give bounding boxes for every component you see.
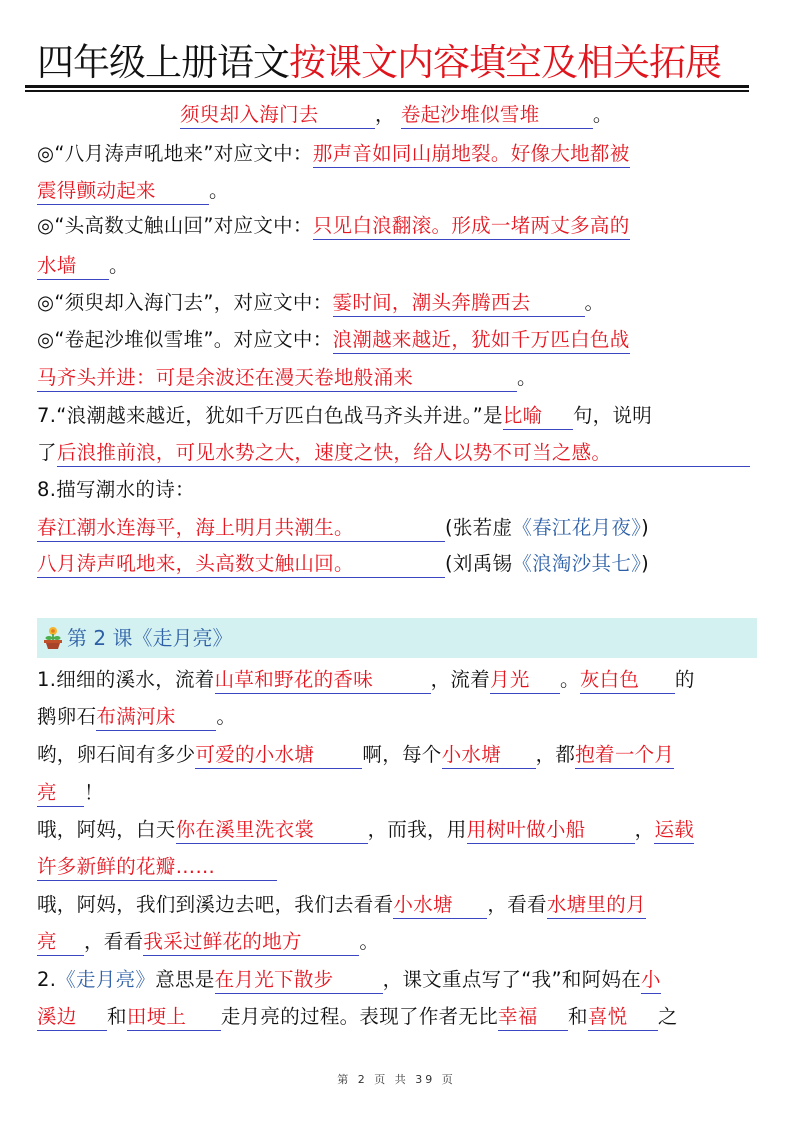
punct: 。: [109, 254, 129, 277]
answer-blank: 水塘里的月: [547, 892, 646, 919]
answer-blank: 月光: [490, 667, 560, 694]
question-text: 意思是: [155, 968, 214, 991]
poem-line: 八月涛声吼地来，头高数丈触山回。(刘禹锡《浪淘沙其七》): [37, 550, 757, 578]
question-text: 哟，卵石间有多少: [37, 743, 195, 766]
question-2-line-1: 2.《走月亮》意思是在月光下散步，课文重点写了“我”和阿妈在小: [37, 966, 757, 994]
answer-blank: 你在溪里洗衣裳: [176, 817, 368, 844]
answer-blank: 我采过鲜花的地方: [143, 929, 359, 956]
question-text: ，看看: [84, 930, 143, 953]
question-text: 鹅卵石: [37, 705, 96, 728]
punct: ): [641, 516, 649, 539]
punct: 。: [216, 705, 236, 728]
punct: ，: [635, 818, 655, 841]
question-prefix: ◎“卷起沙堆似雪堆”。对应文中：: [37, 328, 333, 351]
answer-blank: 卷起沙堆似雪堆: [401, 102, 593, 129]
question-2-line-2: 溪边和田埂上走月亮的过程。表现了作者无比幸福和喜悦之: [37, 1003, 757, 1031]
book-title: 《走月亮》: [56, 968, 155, 991]
page-number: 第 2 页 共 39 页: [0, 1071, 793, 1087]
question-8: 8.描写潮水的诗：: [37, 476, 757, 504]
question-text: ，看看: [487, 893, 546, 916]
punct: ，: [375, 103, 395, 126]
question-juanqi: ◎“卷起沙堆似雪堆”。对应文中：浪潮越来越近，犹如千万匹白色战: [37, 326, 757, 354]
answer-blank: 浪潮越来越近，犹如千万匹白色战: [333, 327, 630, 354]
question-text: 2.: [37, 968, 56, 991]
answer-blank: 山草和野花的香味: [215, 667, 431, 694]
punct: 。: [585, 291, 605, 314]
answer-blank: 用树叶做小船: [467, 817, 635, 844]
answer-blank: 亮: [37, 929, 84, 956]
answer-blank: 可爱的小水塘: [195, 742, 362, 769]
question-text: ，而我，用: [368, 818, 467, 841]
question-1-line-4: 亮！: [37, 779, 757, 807]
answer-blank: 水墙: [37, 253, 109, 280]
question-1-line-2: 鹅卵石布满河床。: [37, 703, 757, 731]
poem-author: (张若虚: [445, 516, 512, 539]
question-bayue-cont: 震得颤动起来。: [37, 177, 757, 205]
section-title: 第 2 课《走月亮》: [67, 624, 232, 652]
question-prefix: 8.描写潮水的诗：: [37, 478, 195, 501]
question-1-line-7: 哦，阿妈，我们到溪边去吧，我们去看看小水塘，看看水塘里的月: [37, 891, 757, 919]
answer-blank: 只见白浪翻滚。形成一堵两丈多高的: [313, 213, 630, 240]
title-topic: 按课文内容填空及相关拓展: [289, 41, 721, 84]
question-text: 了: [37, 441, 57, 464]
question-text: 哦，阿妈，我们到溪边去吧，我们去看看: [37, 893, 393, 916]
question-text: 之: [658, 1005, 678, 1028]
answer-blank: 后浪推前浪，可见水势之大，速度之快，给人以势不可当之感。: [57, 440, 750, 467]
answer-blank: 八月涛声吼地来，头高数丈触山回。: [37, 551, 445, 578]
punct: 。: [209, 179, 229, 202]
question-7: 7.“浪潮越来越近，犹如千万匹白色战马齐头并进。”是比喻句，说明: [37, 402, 757, 430]
question-text: 和: [568, 1005, 588, 1028]
question-xuyu: ◎“须臾却入海门去”，对应文中：霎时间，潮头奔腾西去。: [37, 289, 757, 317]
answer-blank: 春江潮水连海平，海上明月共潮生。: [37, 515, 445, 542]
question-juanqi-cont: 马齐头并进：可是余波还在漫天卷地般涌来。: [37, 364, 757, 392]
potted-flower-icon: [43, 626, 63, 650]
answer-blank: 抱着一个月: [575, 742, 674, 769]
question-prefix: ◎“头高数丈触山回”对应文中：: [37, 214, 313, 237]
section-header-lesson-2: 第 2 课《走月亮》: [37, 618, 757, 658]
answer-blank: 须臾却入海门去: [180, 102, 375, 129]
answer-blank: 小水塘: [393, 892, 487, 919]
question-bayue: ◎“八月涛声吼地来”对应文中：那声音如同山崩地裂。好像大地都被: [37, 140, 757, 168]
question-text: 走月亮的过程。表现了作者无比: [221, 1005, 498, 1028]
page-title: 四年级上册语文按课文内容填空及相关拓展: [37, 40, 751, 86]
answer-blank: 许多新鲜的花瓣……: [37, 854, 277, 881]
verse-line: 须臾却入海门去，卷起沙堆似雪堆。: [180, 101, 793, 129]
punct: 。: [593, 103, 613, 126]
question-prefix: 7.“浪潮越来越近，犹如千万匹白色战马齐头并进。”是: [37, 404, 503, 427]
question-prefix: ◎“须臾却入海门去”，对应文中：: [37, 291, 333, 314]
answer-blank: 震得颤动起来: [37, 178, 209, 205]
question-1-line-6: 许多新鲜的花瓣……: [37, 853, 757, 881]
answer-blank: 布满河床: [96, 704, 216, 731]
question-1-line-1: 1.细细的溪水，流着山草和野花的香味，流着月光。灰白色的: [37, 666, 757, 694]
answer-blank: 那声音如同山崩地裂。好像大地都被: [313, 141, 630, 168]
question-text: 哦，阿妈，白天: [37, 818, 176, 841]
question-text: ，流着: [431, 668, 490, 691]
punct: ！: [84, 781, 104, 804]
punct: ): [641, 552, 649, 575]
question-1-line-3: 哟，卵石间有多少可爱的小水塘啊，每个小水塘，都抱着一个月: [37, 741, 757, 769]
answer-blank: 灰白色: [580, 667, 675, 694]
answer-blank: 溪边: [37, 1004, 107, 1031]
title-rule-thin: [25, 90, 749, 92]
question-1-line-5: 哦，阿妈，白天你在溪里洗衣裳，而我，用用树叶做小船，运载: [37, 816, 757, 844]
poem-author: (刘禹锡: [445, 552, 512, 575]
question-prefix: ◎“八月涛声吼地来”对应文中：: [37, 142, 313, 165]
answer-blank: 幸福: [498, 1004, 568, 1031]
punct: 。: [517, 366, 537, 389]
question-tougao-cont: 水墙。: [37, 252, 757, 280]
poem-title: 《浪淘沙其七》: [512, 552, 641, 575]
answer-blank: 运载: [654, 817, 694, 844]
punct: 。: [359, 930, 379, 953]
answer-blank: 喜悦: [588, 1004, 658, 1031]
answer-blank: 小水塘: [442, 742, 536, 769]
answer-blank: 比喻: [503, 403, 573, 430]
question-text: 的: [675, 668, 695, 691]
question-text: 1.细细的溪水，流着: [37, 668, 215, 691]
question-text: ，都: [536, 743, 576, 766]
answer-blank: 亮: [37, 780, 84, 807]
question-tougao: ◎“头高数丈触山回”对应文中：只见白浪翻滚。形成一堵两丈多高的: [37, 212, 757, 240]
question-text: 句，说明: [573, 404, 652, 427]
question-text: 啊，每个: [362, 743, 441, 766]
poem-title: 《春江花月夜》: [512, 516, 641, 539]
answer-blank: 在月光下散步: [215, 967, 383, 994]
title-grade: 四年级上册语文: [37, 41, 289, 84]
title-rule-thick: [25, 85, 749, 88]
answer-blank: 霎时间，潮头奔腾西去: [333, 290, 585, 317]
question-text: 和: [107, 1005, 127, 1028]
answer-blank: 小: [641, 967, 661, 994]
answer-blank: 马齐头并进：可是余波还在漫天卷地般涌来: [37, 365, 517, 392]
answer-blank: 田埂上: [127, 1004, 221, 1031]
question-1-line-8: 亮，看看我采过鲜花的地方。: [37, 928, 757, 956]
question-text: ，课文重点写了“我”和阿妈在: [383, 968, 641, 991]
punct: 。: [560, 668, 580, 691]
poem-line: 春江潮水连海平，海上明月共潮生。(张若虚《春江花月夜》): [37, 514, 757, 542]
question-7-cont: 了后浪推前浪，可见水势之大，速度之快，给人以势不可当之感。: [37, 439, 757, 467]
